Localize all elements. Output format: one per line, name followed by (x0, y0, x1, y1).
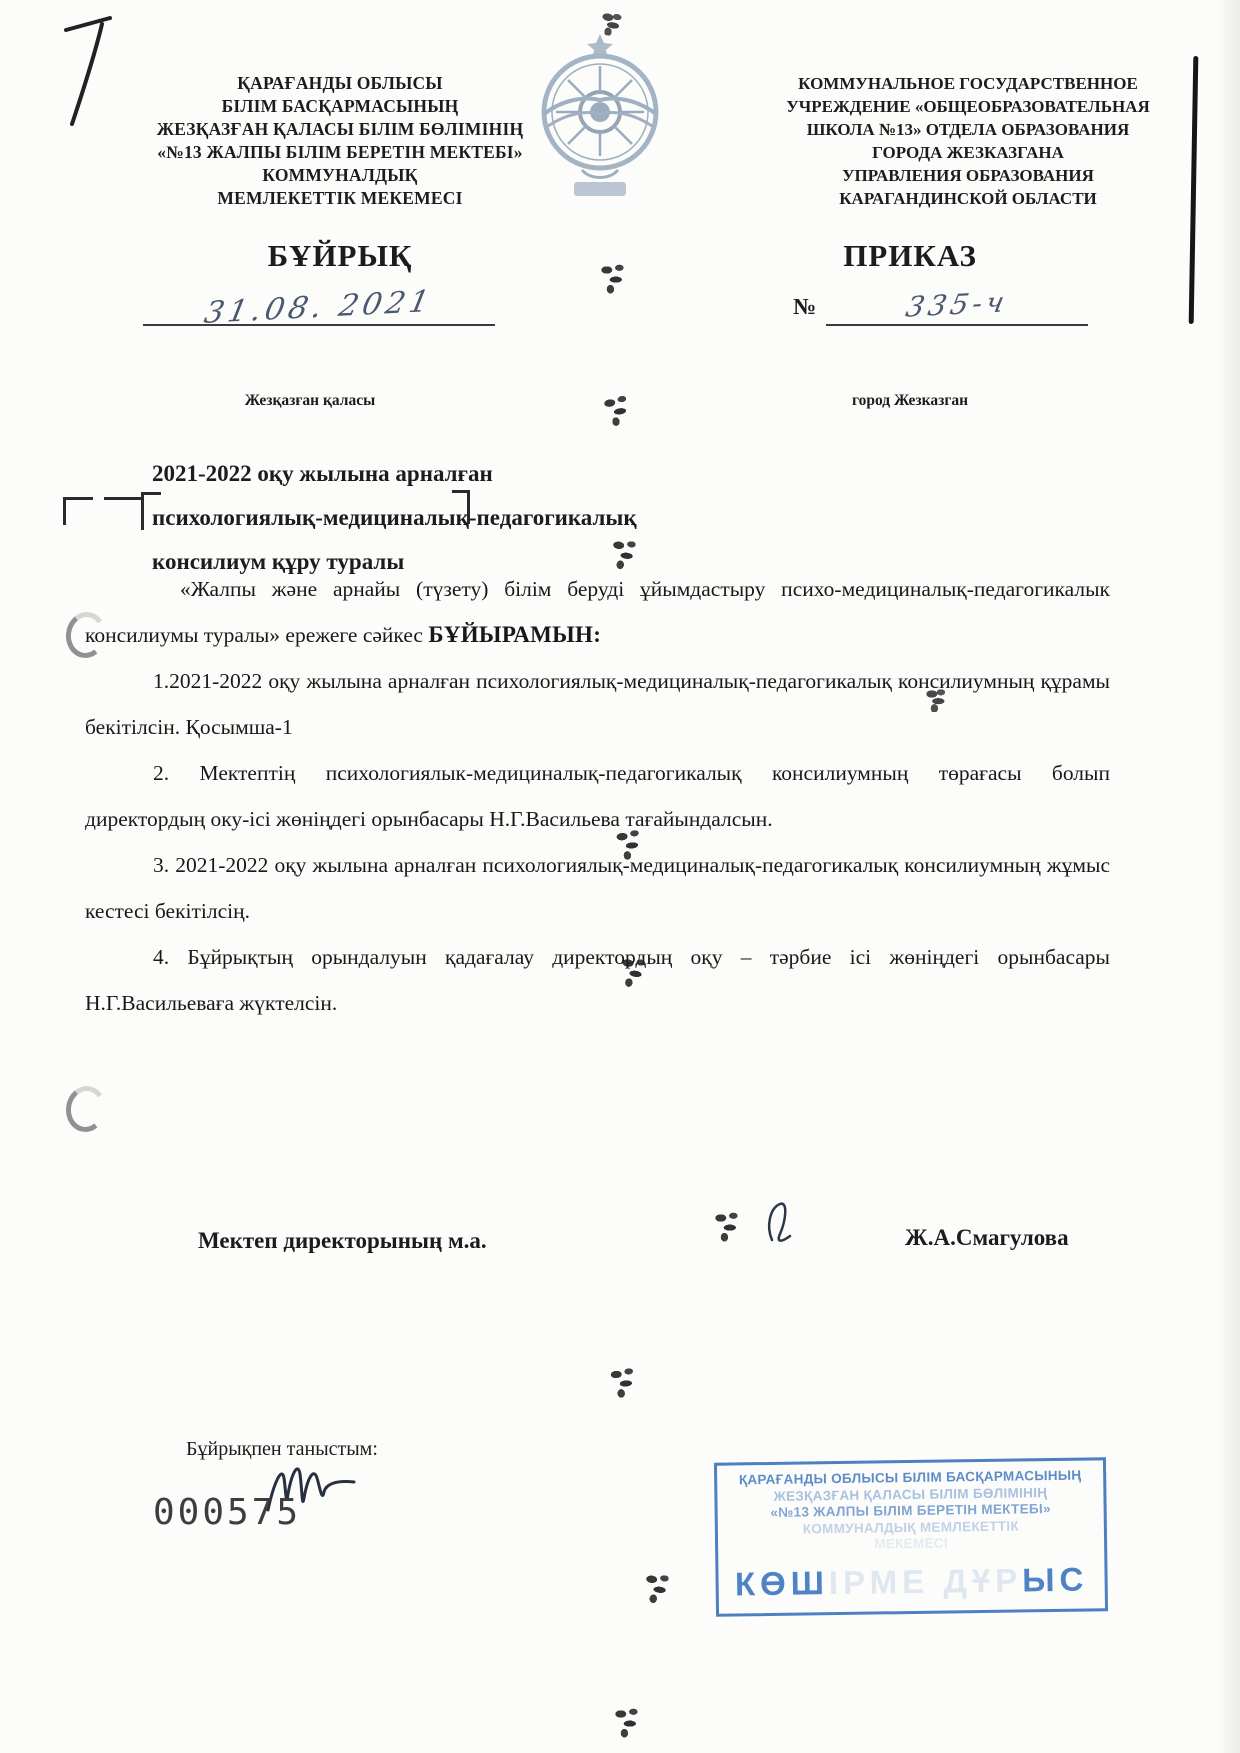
scan-crescent-mark (63, 1083, 109, 1134)
order-subject: 2021-2022 оқу жылына арналған психология… (152, 452, 772, 584)
ink-blot (710, 1210, 746, 1242)
header-kk-line: КОММУНАЛДЫҚ (110, 164, 570, 187)
subject-line: психологиялық-медициналық-педагогикалық (152, 496, 772, 540)
order-number-field: 335-ч (826, 284, 1088, 326)
ink-blot (610, 1706, 646, 1738)
paragraph-item-1: 1.2021-2022 оқу жылына арналған психолог… (85, 658, 1110, 750)
header-russian: КОММУНАЛЬНОЕ ГОСУДАРСТВЕННОЕ УЧРЕЖДЕНИЕ … (688, 72, 1240, 210)
corner-mark (104, 497, 144, 525)
order-title-russian: ПРИКАЗ (780, 238, 1040, 274)
order-title-kazakh: БҰЙРЫҚ (180, 238, 500, 274)
header-ru-line: ШКОЛА №13» ОТДЕЛА ОБРАЗОВАНИЯ (688, 118, 1240, 141)
header-ru-line: ГОРОДА ЖЕЗКАЗГАНА (688, 141, 1240, 164)
subject-line: 2021-2022 оқу жылына арналған (152, 452, 772, 496)
paragraph-item-3: 3. 2021-2022 оқу жылына арналған психоло… (85, 842, 1110, 934)
header-kk-line: «№13 ЖАЛПЫ БІЛІМ БЕРЕТІН МЕКТЕБІ» (110, 141, 570, 164)
certification-stamp: ҚАРАҒАНДЫ ОБЛЫСЫ БІЛІМ БАСҚАРМАСЫНЫҢ ЖЕЗ… (714, 1457, 1108, 1616)
header-ru-line: УПРАВЛЕНИЯ ОБРАЗОВАНИЯ (688, 164, 1240, 187)
ink-blot (614, 954, 654, 991)
order-body: «Жалпы және арнайы (түзету) білім беруді… (85, 566, 1110, 1026)
ink-blot (638, 1570, 677, 1606)
ink-blot (597, 10, 627, 38)
ink-blot (611, 826, 650, 861)
director-signature-icon (742, 1196, 798, 1254)
header-kk-line: ЖЕЗҚАЗҒАН ҚАЛАСЫ БІЛІМ БӨЛІМІНІҢ (110, 118, 570, 141)
ink-blot (598, 392, 638, 429)
ink-blot (605, 1365, 643, 1399)
scan-edge-shadow (1218, 0, 1240, 1753)
paragraph-item-2: 2. Мектептің психологиялык-медициналық-п… (85, 750, 1110, 842)
scanned-order-document: ҚАРАҒАНДЫ ОБЛЫСЫ БІЛІМ БАСҚАРМАСЫНЫҢ ЖЕЗ… (0, 0, 1240, 1753)
header-kk-line: ҚАРАҒАНДЫ ОБЛЫСЫ (110, 72, 570, 95)
order-number-label: № (793, 294, 816, 320)
stamp-big-faded: ІРМЕ ДҰР (829, 1561, 1023, 1601)
corner-mark (63, 497, 93, 525)
handwritten-date: 31.08. 2021 (202, 284, 437, 331)
stamp-big-start: КӨШ (735, 1564, 829, 1602)
header-ru-line: КАРАГАНДИНСКОЙ ОБЛАСТИ (688, 187, 1240, 210)
header-kazakh: ҚАРАҒАНДЫ ОБЛЫСЫ БІЛІМ БАСҚАРМАСЫНЫҢ ЖЕЗ… (110, 72, 570, 210)
stamp-big-end: ЫС (1022, 1560, 1089, 1598)
handwritten-number: 335-ч (903, 285, 1011, 323)
stamp-copy-correct-text: КӨШІРМЕ ДҰРЫС (718, 1560, 1104, 1603)
signatory-name: Ж.А.Смагулова (905, 1225, 1069, 1251)
order-verb-bold: БҰЙЫРАМЫН: (428, 622, 601, 647)
header-ru-line: КОММУНАЛЬНОЕ ГОСУДАРСТВЕННОЕ (688, 72, 1240, 95)
signatory-role: Мектеп директорының м.а. (198, 1228, 487, 1254)
city-russian: город Жезказган (780, 392, 1040, 410)
ink-blot (924, 688, 950, 712)
ink-blot (605, 536, 644, 572)
header-kk-line: БІЛІМ БАСҚАРМАСЫНЫҢ (110, 95, 570, 118)
ink-blot (596, 262, 632, 294)
paragraph-item-4: 4. Бұйрықтың орындалуын қадағалау директ… (85, 934, 1110, 1026)
order-date-field: 31.08. 2021 (143, 288, 495, 326)
header-kk-line: МЕМЛЕКЕТТІК МЕКЕМЕСІ (110, 187, 570, 210)
paragraph-preamble: «Жалпы және арнайы (түзету) білім беруді… (85, 566, 1110, 658)
kazakhstan-emblem-icon (534, 30, 666, 210)
header-ru-line: УЧРЕЖДЕНИЕ «ОБЩЕОБРАЗОВАТЕЛЬНАЯ (688, 95, 1240, 118)
city-kazakh: Жезқазған қаласы (150, 392, 470, 410)
serial-number: 000575 (153, 1492, 301, 1533)
